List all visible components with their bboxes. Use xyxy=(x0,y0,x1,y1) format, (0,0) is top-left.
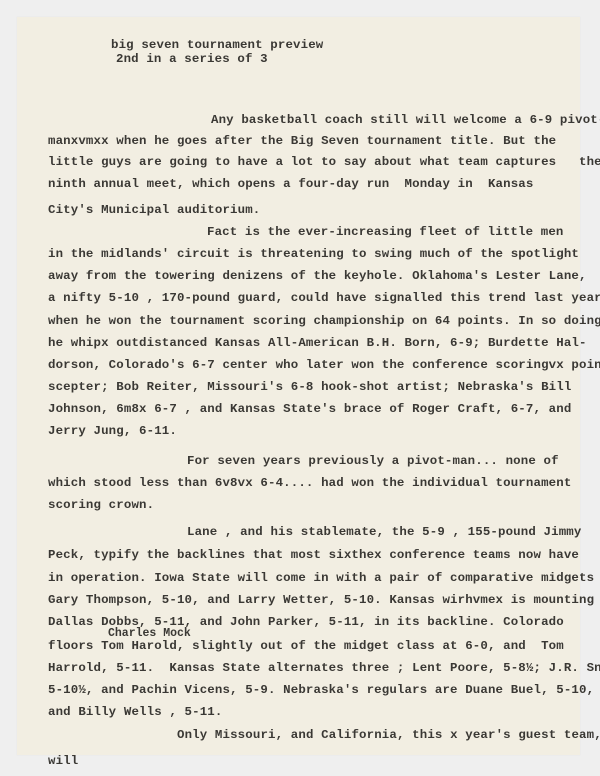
paragraph-line: a nifty 5-10 , 170-pound guard, could ha… xyxy=(48,291,600,305)
paragraph-line: when he won the tournament scoring champ… xyxy=(48,314,600,328)
paragraph-line: and Billy Wells , 5-11. xyxy=(48,705,222,719)
paragraph-line: Fact is the ever-increasing fleet of lit… xyxy=(207,225,564,239)
paragraph-line: ninth annual meet, which opens a four-da… xyxy=(48,177,533,191)
paragraph-line: manxvmxx when he goes after the Big Seve… xyxy=(48,134,556,148)
paragraph-line: Any basketball coach still will welcome … xyxy=(211,113,600,127)
paragraph-line: For seven years previously a pivot-man..… xyxy=(187,454,559,468)
paragraph-line: scoring crown. xyxy=(48,498,154,512)
paragraph-line: will xyxy=(48,754,78,768)
paragraph-line: Jerry Jung, 6-11. xyxy=(48,424,177,438)
paragraph-line: dorson, Colorado's 6-7 center who later … xyxy=(48,358,600,372)
paragraph-line: in operation. Iowa State will come in wi… xyxy=(48,571,600,585)
paragraph-line: Harrold, 5-11. Kansas State alternates t… xyxy=(48,661,600,675)
document-title: big seven tournament preview xyxy=(111,38,323,52)
paragraph-line: Lane , and his stablemate, the 5-9 , 155… xyxy=(187,525,581,539)
paragraph-line: Johnson, 6m8x 6-7 , and Kansas State's b… xyxy=(48,402,571,416)
paragraph-line: little guys are going to have a lot to s… xyxy=(48,155,600,169)
paragraph-line: which stood less than 6v8vx 6-4.... had … xyxy=(48,476,571,490)
document-subtitle: 2nd in a series of 3 xyxy=(116,52,268,66)
paragraph-line: 5-10½, and Pachin Vicens, 5-9. Nebraska'… xyxy=(48,683,600,697)
paragraph-line: floors Tom Harold, slightly out of the m… xyxy=(48,639,564,653)
paragraph-line: in the midlands' circuit is threatening … xyxy=(48,247,579,261)
typewritten-page: big seven tournament preview 2nd in a se… xyxy=(17,17,580,755)
paragraph-line: he whipx outdistanced Kansas All-America… xyxy=(48,336,587,350)
paragraph-line: Gary Thompson, 5-10, and Larry Wetter, 5… xyxy=(48,593,594,607)
paragraph-line: scepter; Bob Reiter, Missouri's 6-8 hook… xyxy=(48,380,571,394)
paragraph-line: Only Missouri, and California, this x ye… xyxy=(177,728,600,742)
paragraph-line: City's Municipal auditorium. xyxy=(48,203,260,217)
paragraph-line: away from the towering denizens of the k… xyxy=(48,269,587,283)
paragraph-line: Peck, typify the backlines that most six… xyxy=(48,548,579,562)
